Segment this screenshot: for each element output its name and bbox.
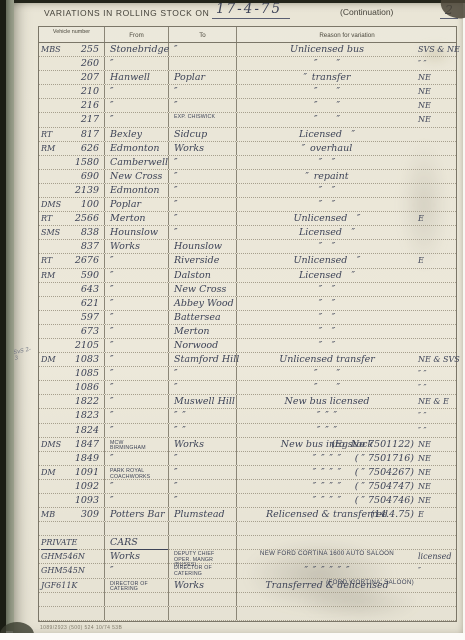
vehicle-cell: 1092 (39, 480, 105, 493)
table-row: 1580Camberwell″″ ″ (39, 156, 456, 170)
reason-cell: ″ ″ (237, 99, 417, 112)
to-text: ″ (174, 367, 236, 380)
to-text: ″ (174, 156, 236, 169)
reason-text: ″ ″ (237, 339, 417, 352)
table-row: DMS1847MCW BIRMINGHAMWorksNew bus into s… (39, 438, 456, 452)
from-text: ″ (110, 409, 168, 422)
from-cell: ″ (105, 297, 169, 310)
from-cell: Hanwell (105, 71, 169, 84)
table-row: 837WorksHounslow″ ″ (39, 240, 456, 254)
vehicle-prefix: GHM546N (41, 550, 85, 563)
to-text: ″ (174, 212, 236, 225)
from-text: DIRECTOR OF CATERING (110, 580, 168, 593)
from-text: New Cross (110, 170, 168, 183)
code-cell (417, 311, 458, 324)
vehicle-cell: RT817 (39, 128, 105, 141)
table-row: 1093″″″ ″ ″ ″( ″ 7504746)NE (39, 494, 456, 508)
from-text: ″ (110, 339, 168, 352)
from-text: ″ (110, 452, 168, 465)
reason-text: Licensed ″ (237, 269, 417, 282)
table-row: RT817BexleySidcupLicensed ″ (39, 128, 456, 142)
to-cell: Plumstead (169, 508, 237, 521)
from-cell: PARK ROYAL COACHWORKS (105, 466, 169, 481)
table-row: 643″New Cross″ ″ (39, 283, 456, 297)
reason-detail: (FORD 'CORTINA' SALOON) (326, 579, 414, 586)
reason-cell: ″ ″ (237, 325, 417, 338)
vehicle-cell: DM1091 (39, 466, 105, 481)
from-cell: Merton (105, 212, 169, 225)
from-text: ″ (110, 564, 168, 577)
vehicle-number: 2105 (75, 339, 102, 352)
vehicle-prefix: RT (41, 254, 52, 267)
code-cell: E (417, 212, 458, 225)
to-cell (169, 57, 237, 70)
from-text: ″ (110, 254, 168, 267)
reason-cell: ″ ″ (237, 156, 417, 169)
reason-detail: (14.4.75) (370, 508, 414, 521)
vehicle-cell: 673 (39, 325, 105, 338)
table-row: 210″″″ ″NE (39, 85, 456, 99)
reason-text: ″ ″ (237, 311, 417, 324)
to-text: ″ (174, 466, 236, 479)
reason-text: Unlicensed ″ (237, 254, 417, 267)
table-row: RT2676″RiversideUnlicensed ″E (39, 254, 456, 268)
vehicle-prefix: RT (41, 128, 52, 141)
to-cell: Poplar (169, 71, 237, 84)
vehicle-number: 690 (81, 170, 102, 183)
to-cell: ″ (169, 99, 237, 112)
from-cell: ″ (105, 99, 169, 112)
table-row: 217″EXP. CHISWICK″ ″NE (39, 113, 456, 127)
vehicle-cell: 1580 (39, 156, 105, 169)
from-text: Bexley (110, 128, 168, 141)
to-cell: New Cross (169, 283, 237, 296)
from-text: ″ (110, 494, 168, 507)
reason-cell: ″ ″ ″ ″ ″ ″ (237, 564, 417, 577)
to-text: Hounslow (174, 240, 236, 253)
scan-edge-top (0, 0, 465, 3)
table-row: RT2566Merton″Unlicensed ″E (39, 212, 456, 226)
code-cell (417, 156, 458, 169)
code-cell (417, 593, 458, 606)
from-cell: CARS (105, 536, 169, 550)
from-cell: New Cross (105, 170, 169, 183)
code-cell: ″ ″ (417, 381, 458, 394)
vehicle-number: 1823 (75, 409, 102, 422)
from-text: PARK ROYAL COACHWORKS (110, 467, 168, 480)
from-cell: ″ (105, 353, 169, 366)
table-row: 1849″″″ ″ ″ ″( ″ 7501716)NE (39, 452, 456, 466)
table-row: 1092″″″ ″ ″ ″( ″ 7504747)NE (39, 480, 456, 494)
vehicle-number: 210 (81, 85, 102, 98)
to-cell: ″ (169, 184, 237, 197)
table-row: 1822″Muswell HillNew bus licensedNE & E (39, 395, 456, 409)
vehicle-cell: 1822 (39, 395, 105, 408)
from-cell: ″ (105, 311, 169, 324)
from-text: ″ (110, 325, 168, 338)
to-cell: Hounslow (169, 240, 237, 253)
from-text: ″ (110, 424, 168, 437)
code-cell (417, 142, 458, 155)
code-cell: NE (417, 85, 458, 98)
table-row: MBS255Stonebridge″Unlicensed busSVS & NE (39, 43, 456, 57)
from-cell (105, 522, 169, 535)
code-cell: NE (417, 466, 458, 481)
reason-detail: (Eg No 7501122) (331, 438, 414, 451)
table-header-row: Vehicle number From To Reason for variat… (39, 26, 456, 43)
code-cell: ″ (417, 564, 458, 577)
from-text: ″ (110, 480, 168, 493)
reason-cell: Unlicensed bus (237, 43, 417, 56)
to-text: Norwood (174, 339, 236, 352)
code-cell (417, 297, 458, 310)
to-text: Poplar (174, 71, 236, 84)
from-text: ″ (110, 99, 168, 112)
from-text: ″ (110, 381, 168, 394)
code-cell: SVS & NE (417, 43, 458, 56)
vehicle-number: 216 (81, 99, 102, 112)
vehicle-cell: RM626 (39, 142, 105, 155)
from-cell: Works (105, 240, 169, 253)
reason-text: ″ ″ (237, 240, 417, 253)
reason-detail: ( ″ 7504267) (355, 466, 414, 479)
table-row: 621″Abbey Wood″ ″ (39, 297, 456, 311)
vehicle-cell (39, 607, 105, 620)
to-cell: Dalston (169, 269, 237, 282)
vehicle-cell: DMS1847 (39, 438, 105, 453)
to-cell: ″ (169, 156, 237, 169)
vehicle-number: 1092 (75, 480, 102, 493)
code-cell: NE & E (417, 395, 458, 408)
to-text: ″ (174, 85, 236, 98)
from-cell: Stonebridge (105, 43, 169, 56)
reason-cell: Licensed ″ (237, 128, 417, 141)
to-cell: Works (169, 579, 237, 594)
reason-text: ″ overhaul (237, 142, 417, 155)
vehicle-number: 838 (81, 226, 102, 239)
vehicle-number: 1849 (75, 452, 102, 465)
vehicle-cell: 643 (39, 283, 105, 296)
table-row: DM1091PARK ROYAL COACHWORKS″″ ″ ″ ″( ″ 7… (39, 466, 456, 480)
vehicle-cell: MB309 (39, 508, 105, 521)
vehicle-number: 590 (81, 269, 102, 282)
from-cell: ″ (105, 57, 169, 70)
to-cell: ″ (169, 170, 237, 183)
reason-text: ″ ″ (237, 283, 417, 296)
table-row: JGF611KDIRECTOR OF CATERINGWorksTransfer… (39, 579, 456, 593)
to-text: Dalston (174, 269, 236, 282)
from-cell: ″ (105, 452, 169, 465)
from-text: ″ (110, 311, 168, 324)
reason-cell: New bus licensed (237, 395, 417, 408)
reason-cell: New bus into stock(Eg No 7501122) (237, 438, 417, 453)
vehicle-number: 1847 (75, 438, 102, 451)
continuation-label: (Continuation) (340, 7, 393, 17)
code-cell: ″ ″ (417, 367, 458, 380)
reason-text: ″ ″ (237, 198, 417, 211)
vehicle-cell: DM1083 (39, 353, 105, 366)
reason-cell: ″ overhaul (237, 142, 417, 155)
from-text: Hanwell (110, 71, 168, 84)
reason-text: ″ ″ (237, 99, 417, 112)
reason-cell: ″ ″ ″ (237, 409, 417, 422)
reason-text: ″ ″ (237, 57, 417, 70)
from-cell: ″ (105, 409, 169, 422)
vehicle-number: 1822 (75, 395, 102, 408)
vehicle-prefix: SMS (41, 226, 60, 239)
from-text: CARS (110, 536, 168, 550)
vehicle-prefix: RT (41, 212, 52, 225)
reason-detail: ( ″ 7501716) (355, 452, 414, 465)
vehicle-cell: 216 (39, 99, 105, 112)
table-row: GHM545N″DIRECTOR OF CATERING″ ″ ″ ″ ″ ″″ (39, 564, 456, 578)
vehicle-number: 597 (81, 311, 102, 324)
code-cell (417, 283, 458, 296)
code-cell: ″ ″ (417, 424, 458, 437)
handwritten-date: 17-4-75 (212, 1, 290, 19)
table-row: 690New Cross″″ repaint (39, 170, 456, 184)
reason-cell: Relicensed & transferred(14.4.75) (237, 508, 417, 521)
vehicle-prefix: MBS (41, 43, 61, 56)
to-cell: ″ (169, 480, 237, 493)
vehicle-cell: 1093 (39, 494, 105, 507)
ledger-rows: MBS255Stonebridge″Unlicensed busSVS & NE… (39, 43, 456, 621)
table-row: 597″Battersea″ ″ (39, 311, 456, 325)
to-cell: Works (169, 142, 237, 155)
to-cell: ″ (169, 466, 237, 481)
from-cell: ″ (105, 367, 169, 380)
vehicle-number: 309 (81, 508, 102, 521)
from-text: Works (110, 240, 168, 253)
to-cell: ″ ″ (169, 409, 237, 422)
code-cell (417, 170, 458, 183)
to-text: Works (174, 438, 236, 451)
from-cell (105, 593, 169, 606)
table-row: RM626EdmontonWorks″ overhaul (39, 142, 456, 156)
table-row: SMS838Hounslow″Licensed ″ (39, 226, 456, 240)
to-cell: Stamford Hill (169, 353, 237, 366)
reason-cell: ″ ″ (237, 240, 417, 253)
code-cell (417, 522, 458, 535)
code-cell (417, 536, 458, 550)
from-cell: ″ (105, 395, 169, 408)
to-text: Battersea (174, 311, 236, 324)
code-cell: NE (417, 494, 458, 507)
to-cell: ″ ″ (169, 424, 237, 437)
to-text: ″ (174, 43, 236, 56)
vehicle-number: 1085 (75, 367, 102, 380)
reason-cell: Licensed ″ (237, 226, 417, 239)
from-cell: Camberwell (105, 156, 169, 169)
to-text: ″ (174, 494, 236, 507)
from-cell (105, 607, 169, 620)
from-cell: ″ (105, 494, 169, 507)
code-cell (417, 128, 458, 141)
code-cell (417, 325, 458, 338)
from-text: ″ (110, 367, 168, 380)
code-cell (417, 198, 458, 211)
to-text: ″ (174, 99, 236, 112)
to-cell: DIRECTOR OF CATERING (169, 564, 237, 577)
from-text: Potters Bar (110, 508, 168, 521)
to-cell: Battersea (169, 311, 237, 324)
vehicle-cell: PRIVATE (39, 536, 105, 550)
table-row: PRIVATECARS (39, 536, 456, 550)
table-row: DM1083″Stamford HillUnlicensed transferN… (39, 353, 456, 367)
to-cell: Abbey Wood (169, 297, 237, 310)
code-cell (417, 607, 458, 620)
vehicle-number: 817 (81, 128, 102, 141)
to-cell: Riverside (169, 254, 237, 267)
code-cell: NE (417, 480, 458, 493)
from-cell: ″ (105, 339, 169, 352)
vehicle-cell: 1086 (39, 381, 105, 394)
reason-text: ″ ″ (237, 184, 417, 197)
table-row: 2139Edmonton″″ ″ (39, 184, 456, 198)
from-text: Poplar (110, 198, 168, 211)
vehicle-cell: DMS100 (39, 198, 105, 211)
from-cell: ″ (105, 424, 169, 437)
reason-cell: ″ ″ (237, 57, 417, 70)
reason-cell: ″ ″ (237, 113, 417, 126)
reason-cell: ″ ″ ″ ″( ″ 7504746) (237, 494, 417, 507)
from-cell: ″ (105, 325, 169, 338)
table-row: RM590″DalstonLicensed ″ (39, 269, 456, 283)
vehicle-cell: MBS255 (39, 43, 105, 56)
to-cell (169, 593, 237, 606)
from-text: MCW BIRMINGHAM (110, 439, 168, 452)
to-cell: ″ (169, 226, 237, 239)
to-text: Sidcup (174, 128, 236, 141)
reason-cell: Unlicensed ″ (237, 212, 417, 225)
from-text: ″ (110, 113, 168, 126)
to-cell: Muswell Hill (169, 395, 237, 408)
vehicle-number: 1824 (75, 424, 102, 437)
table-row: 1824″″ ″″ ″ ″″ ″ (39, 424, 456, 438)
from-text: Edmonton (110, 184, 168, 197)
to-text: ″ (174, 480, 236, 493)
code-cell: ″ ″ (417, 57, 458, 70)
from-cell: ″ (105, 254, 169, 267)
scan-edge-bottom (0, 633, 465, 640)
reason-cell: Licensed ″ (237, 269, 417, 282)
vehicle-number: 1083 (75, 353, 102, 366)
from-cell: Potters Bar (105, 508, 169, 521)
vehicle-number: 626 (81, 142, 102, 155)
from-text: Stonebridge (110, 43, 168, 56)
from-text: Edmonton (110, 142, 168, 155)
to-cell: ″ (169, 452, 237, 465)
reason-text: ″ ″ (237, 85, 417, 98)
reason-text: ″ ″ (237, 367, 417, 380)
header-from: From (105, 27, 169, 42)
code-cell: NE (417, 113, 458, 126)
to-cell (169, 522, 237, 535)
reason-cell (237, 607, 417, 620)
vehicle-cell (39, 522, 105, 535)
vehicle-cell: 621 (39, 297, 105, 310)
table-row: 207HanwellPoplar″ transferNE (39, 71, 456, 85)
to-cell: ″ (169, 381, 237, 394)
reason-text: ″ ″ ″ (237, 424, 417, 437)
code-cell: E (417, 254, 458, 267)
vehicle-cell (39, 593, 105, 606)
vehicle-cell: 2139 (39, 184, 105, 197)
reason-text: Licensed ″ (237, 226, 417, 239)
reason-cell: ″ ″ ″ ″( ″ 7501716) (237, 452, 417, 465)
code-cell (417, 240, 458, 253)
reason-text: Unlicensed transfer (237, 353, 417, 366)
to-cell (169, 536, 237, 550)
code-cell: NE (417, 452, 458, 465)
to-text: Works (174, 579, 236, 592)
vehicle-cell: 210 (39, 85, 105, 98)
vehicle-prefix: DMS (41, 198, 61, 211)
reason-text: ″ repaint (237, 170, 417, 183)
vehicle-prefix: JGF611K (41, 579, 77, 592)
rolling-stock-table: Vehicle number From To Reason for variat… (38, 26, 457, 622)
to-text: Riverside (174, 254, 236, 267)
vehicle-cell: 207 (39, 71, 105, 84)
reason-text: ″ ″ ″ ″ ″ ″ (237, 564, 417, 577)
reason-cell (237, 536, 417, 550)
header-to: To (169, 27, 237, 42)
vehicle-number: 837 (81, 240, 102, 253)
vehicle-number: 100 (81, 198, 102, 211)
reason-cell: Unlicensed transfer (237, 353, 417, 366)
from-text: ″ (110, 297, 168, 310)
to-text: ″ (174, 198, 236, 211)
table-row: DMS100Poplar″″ ″ (39, 198, 456, 212)
vehicle-number: 643 (81, 283, 102, 296)
reason-detail: ( ″ 7504747) (355, 480, 414, 493)
to-cell: Merton (169, 325, 237, 338)
vehicle-prefix: DM (41, 353, 56, 366)
to-text: Muswell Hill (174, 395, 236, 408)
reason-text: ″ ″ (237, 297, 417, 310)
reason-text: ″ ″ (237, 156, 417, 169)
reason-cell: ″ ″ ″ ″( ″ 7504747) (237, 480, 417, 493)
from-text: ″ (110, 57, 168, 70)
from-cell: ″ (105, 564, 169, 577)
table-row (39, 522, 456, 536)
vehicle-number: 2139 (75, 184, 102, 197)
vehicle-number: 673 (81, 325, 102, 338)
from-cell: Bexley (105, 128, 169, 141)
to-cell: ″ (169, 43, 237, 56)
code-cell (417, 184, 458, 197)
from-cell: ″ (105, 85, 169, 98)
table-row: 1823″″ ″″ ″ ″″ ″ (39, 409, 456, 423)
vehicle-prefix: DMS (41, 438, 61, 451)
code-cell (417, 269, 458, 282)
vehicle-number: 621 (81, 297, 102, 310)
from-cell: ″ (105, 269, 169, 282)
vehicle-cell: 217 (39, 113, 105, 126)
reason-text: Licensed ″ (237, 128, 417, 141)
code-cell: NE (417, 71, 458, 84)
vehicle-cell: RT2566 (39, 212, 105, 225)
to-text: ″ (174, 170, 236, 183)
code-cell (417, 339, 458, 352)
from-text: Works (110, 550, 168, 563)
reason-cell: ″ ″ (237, 339, 417, 352)
reason-text: ″ ″ (237, 113, 417, 126)
vehicle-cell: 260 (39, 57, 105, 70)
vehicle-number: 207 (81, 71, 102, 84)
reason-text: Unlicensed ″ (237, 212, 417, 225)
reason-cell: ″ ″ (237, 184, 417, 197)
